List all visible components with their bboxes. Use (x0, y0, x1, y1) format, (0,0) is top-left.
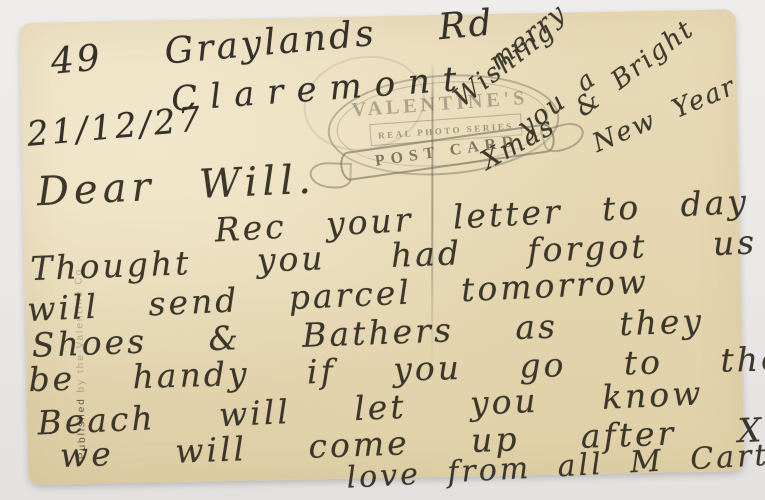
date-line: 21/12/27 (25, 99, 205, 155)
postcard: VALENTINE'S REAL PHOTO SERIES POST CARD … (20, 9, 745, 485)
scan-background: VALENTINE'S REAL PHOTO SERIES POST CARD … (0, 0, 765, 500)
